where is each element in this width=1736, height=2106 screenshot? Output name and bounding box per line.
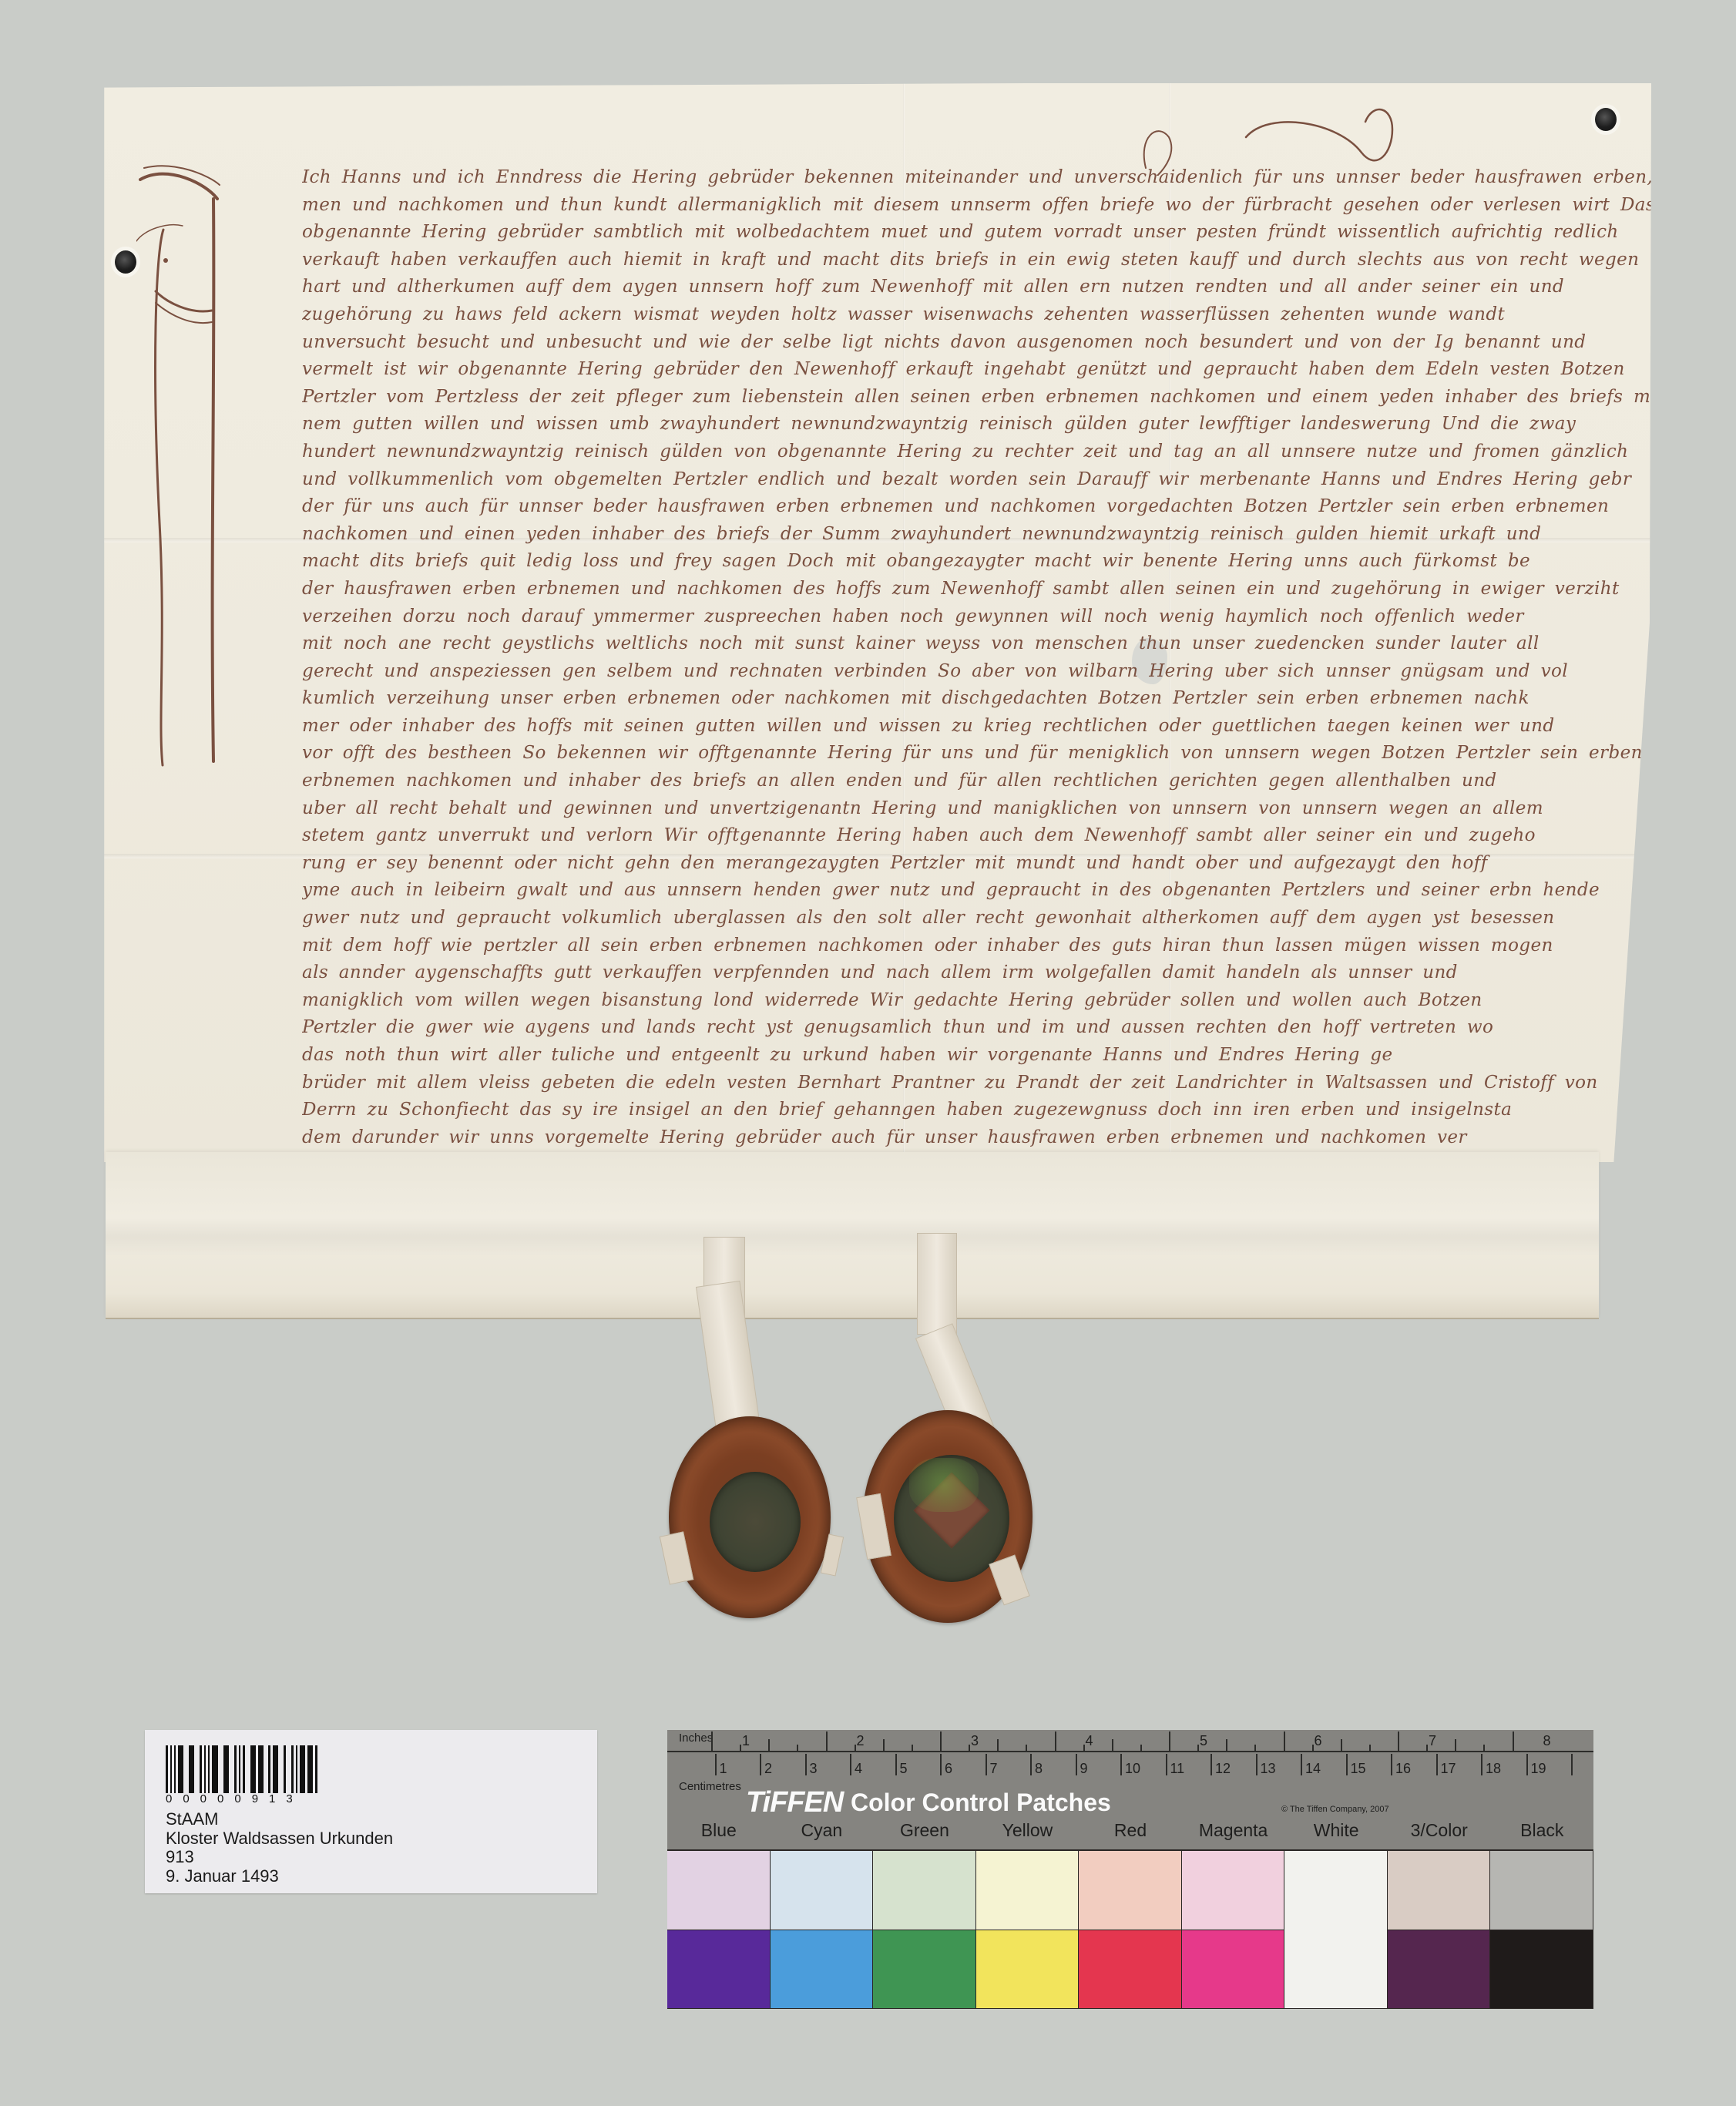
label-number: 913: [166, 1848, 393, 1867]
inch-tick: [1055, 1731, 1056, 1752]
cm-number: 19: [1531, 1761, 1546, 1777]
patch-label-magenta: Magenta: [1182, 1820, 1285, 1848]
cm-tick: [1526, 1754, 1528, 1775]
plica-shadow: [106, 1218, 1599, 1256]
patch-cyan-light: [771, 1851, 874, 1930]
inch-tick: [997, 1739, 999, 1752]
patch-red-light: [1079, 1851, 1182, 1930]
text-line: stetem gantz unverrukt und verlorn Wir o…: [302, 822, 1697, 850]
patch-magenta-dark: [1182, 1930, 1285, 2010]
cm-tick: [1256, 1754, 1258, 1775]
text-line: der hausfrawen erben erbnemen und nachko…: [302, 576, 1697, 603]
text-line: als annder aygenschaffts gutt verkauffen…: [302, 959, 1697, 987]
inch-tick: [883, 1739, 885, 1752]
patch-blue-light: [667, 1851, 771, 1930]
cm-tick: [986, 1754, 987, 1775]
text-line: Pertzler die gwer wie aygens und lands r…: [302, 1014, 1697, 1042]
patch-white-light: [1284, 1851, 1388, 2009]
text-line: yme auch in leibeirn gwalt und aus unnse…: [302, 877, 1697, 905]
patch-label-3color: 3/Color: [1388, 1820, 1491, 1848]
inch-tick: [768, 1739, 770, 1752]
cm-tick: [1391, 1754, 1392, 1775]
patch-label-black: Black: [1491, 1820, 1594, 1848]
inch-number: 8: [1543, 1733, 1551, 1749]
inch-tick: [855, 1745, 856, 1752]
inch-tick: [1369, 1745, 1371, 1752]
color-control-chart: Inches Centimetres 123456781234567891011…: [667, 1730, 1593, 2007]
text-line: rung er sey benennt oder nicht gehn den …: [302, 850, 1697, 878]
patch-3color-dark: [1388, 1930, 1491, 2010]
inch-tick: [1513, 1731, 1514, 1752]
inch-tick: [969, 1745, 970, 1752]
patch-blue-dark: [667, 1930, 771, 2010]
patch-label-green: Green: [873, 1820, 976, 1848]
chart-copyright: © The Tiffen Company, 2007: [1281, 1805, 1389, 1814]
inch-tick: [1426, 1745, 1428, 1752]
text-line: vor offt des bestheen So bekennen wir of…: [302, 740, 1697, 767]
inches-label: Inches: [679, 1731, 713, 1745]
cm-number: 1: [720, 1761, 727, 1777]
cm-tick: [805, 1754, 807, 1775]
patch-yellow-light: [976, 1851, 1080, 1930]
cm-tick: [1030, 1754, 1032, 1775]
inch-number: 4: [1086, 1733, 1093, 1749]
inch-tick: [940, 1731, 942, 1752]
inch-number: 5: [1200, 1733, 1207, 1749]
inch-tick: [912, 1745, 913, 1752]
inch-tick: [797, 1745, 798, 1752]
patch-magenta-light: [1182, 1851, 1285, 1930]
decorated-initial-icon: [136, 137, 221, 769]
cm-number: 5: [900, 1761, 908, 1777]
text-line: manigklich vom willen wegen bisanstung l…: [302, 987, 1697, 1015]
cm-tick: [940, 1754, 942, 1775]
charter-parchment: Ich Hanns und ich Enndress die Hering ge…: [90, 83, 1651, 1162]
punch-hole-right: [1595, 108, 1617, 131]
inch-tick: [711, 1731, 713, 1752]
cm-number: 12: [1215, 1761, 1231, 1777]
inch-tick: [1169, 1731, 1170, 1752]
barcode-icon: [166, 1745, 320, 1793]
text-line: das noth thun wirt aller tuliche und ent…: [302, 1042, 1697, 1070]
inch-number: 1: [742, 1733, 750, 1749]
patch-label-cyan: Cyan: [771, 1820, 874, 1848]
cm-number: 4: [855, 1761, 862, 1777]
patch-label-red: Red: [1079, 1820, 1182, 1848]
text-line: Derrn zu Schonfiecht das sy ire insigel …: [302, 1097, 1697, 1124]
cm-tick: [895, 1754, 897, 1775]
text-line: obgenannte Hering gebrüder sambtlich mit…: [302, 219, 1697, 247]
inch-tick: [1226, 1739, 1227, 1752]
inch-tick: [1284, 1731, 1285, 1752]
text-line: und vollkummenlich vom obgemelten Pertzl…: [302, 466, 1697, 494]
text-line: nachkomen und einen yeden inhaber des br…: [302, 521, 1697, 549]
inch-number: 6: [1315, 1733, 1322, 1749]
label-date: 9. Januar 1493: [166, 1867, 393, 1886]
patch-black-light: [1490, 1851, 1593, 1930]
text-line: vermelt ist wir obgenannte Hering gebrüd…: [302, 356, 1697, 384]
archive-label: 00000913 StAAM Kloster Waldsassen Urkund…: [145, 1730, 597, 1893]
patch-red-dark: [1079, 1930, 1182, 2010]
seal-strap-right: [917, 1233, 957, 1335]
punch-hole-left: [115, 250, 136, 274]
color-patches-grid: [667, 1849, 1593, 2009]
text-line: hundert newnundzwayntzig reinisch gülden…: [302, 438, 1697, 466]
text-line: gerecht und anspeziessen gen selbem und …: [302, 658, 1697, 686]
text-line: nem gutten willen und wissen umb zwayhun…: [302, 411, 1697, 438]
label-institution: StAAM: [166, 1810, 393, 1829]
cm-number: 11: [1170, 1761, 1185, 1777]
cm-tick: [1166, 1754, 1167, 1775]
barcode-number: 00000913: [166, 1792, 327, 1805]
ascender-flourish-icon: [992, 91, 1431, 176]
cm-tick: [850, 1754, 851, 1775]
charter-plica: [106, 1152, 1599, 1319]
wax-seal-left: [669, 1416, 831, 1618]
cm-number: 2: [764, 1761, 772, 1777]
cm-number: 3: [810, 1761, 818, 1777]
inch-tick: [1140, 1745, 1142, 1752]
cm-tick: [760, 1754, 761, 1775]
cm-tick: [1210, 1754, 1212, 1775]
inch-number: 7: [1429, 1733, 1436, 1749]
inch-tick: [1197, 1745, 1199, 1752]
seal-verdigris: [909, 1458, 979, 1512]
text-line: macht dits briefs quit ledig loss und fr…: [302, 548, 1697, 576]
text-line: men und nachkomen und thun kundt allerma…: [302, 192, 1697, 220]
text-line: hart und altherkumen auff dem aygen unns…: [302, 274, 1697, 301]
patch-green-dark: [873, 1930, 976, 2010]
text-line: mit noch ane recht geystlichs weltlichs …: [302, 630, 1697, 658]
cm-tick: [1076, 1754, 1077, 1775]
cm-tick: [1436, 1754, 1438, 1775]
text-line: der für uns auch für unnser beder hausfr…: [302, 493, 1697, 521]
inch-tick: [1398, 1731, 1399, 1752]
patch-green-light: [873, 1851, 976, 1930]
charter-text: Ich Hanns und ich Enndress die Hering ge…: [302, 164, 1697, 1207]
text-line: erbnemen nachkomen und inhaber des brief…: [302, 767, 1697, 795]
cm-number: 15: [1351, 1761, 1366, 1777]
seal-impression: [710, 1472, 801, 1572]
inch-tick: [1312, 1745, 1314, 1752]
tiffen-logo: TiFFEN: [746, 1786, 843, 1819]
inch-tick: [826, 1731, 828, 1752]
cm-tick: [1301, 1754, 1302, 1775]
patch-label-blue: Blue: [667, 1820, 771, 1848]
inch-tick: [1483, 1745, 1485, 1752]
centimetres-label: Centimetres: [679, 1780, 741, 1793]
cm-number: 18: [1486, 1761, 1501, 1777]
cm-number: 8: [1035, 1761, 1043, 1777]
patch-3color-light: [1388, 1851, 1491, 1930]
text-line: Pertzler vom Pertzless der zeit pfleger …: [302, 384, 1697, 411]
text-line: zugehörung zu haws feld ackern wismat we…: [302, 301, 1697, 329]
cm-number: 9: [1080, 1761, 1088, 1777]
inch-tick: [1083, 1745, 1085, 1752]
text-line: verzeihen dorzu noch darauf ymmermer zus…: [302, 603, 1697, 631]
cm-tick: [1120, 1754, 1122, 1775]
cm-number: 7: [990, 1761, 998, 1777]
text-line: mit dem hoff wie pertzler all sein erben…: [302, 932, 1697, 960]
cm-tick: [1571, 1754, 1573, 1775]
inch-tick: [740, 1745, 741, 1752]
inch-tick: [1341, 1739, 1342, 1752]
patch-labels: Blue Cyan Green Yellow Red Magenta White…: [667, 1820, 1593, 1848]
inch-tick: [1112, 1739, 1113, 1752]
text-line: uber all recht behalt und gewinnen und u…: [302, 795, 1697, 823]
cm-number: 6: [945, 1761, 952, 1777]
cm-number: 14: [1305, 1761, 1321, 1777]
cm-number: 13: [1261, 1761, 1276, 1777]
cm-tick: [1481, 1754, 1482, 1775]
inch-tick: [1455, 1739, 1456, 1752]
patch-black-dark: [1490, 1930, 1593, 2010]
text-line: verkauft haben verkauffen auch hiemit in…: [302, 247, 1697, 274]
cm-tick: [715, 1754, 717, 1775]
inch-number: 3: [971, 1733, 979, 1749]
patch-cyan-dark: [771, 1930, 874, 2010]
cm-number: 17: [1441, 1761, 1456, 1777]
text-line: unversucht besucht und unbesucht und wie…: [302, 329, 1697, 357]
inch-number: 2: [857, 1733, 865, 1749]
text-line: mer oder inhaber des hoffs mit seinen gu…: [302, 713, 1697, 741]
label-collection: Kloster Waldsassen Urkunden: [166, 1829, 393, 1849]
text-line: gwer nutz und gepraucht volkumlich uberg…: [302, 905, 1697, 932]
patch-label-white: White: [1284, 1820, 1388, 1848]
text-line: dem darunder wir unns vorgemelte Hering …: [302, 1124, 1697, 1152]
text-line: Ich Hanns und ich Enndress die Hering ge…: [302, 164, 1697, 192]
cm-number: 16: [1395, 1761, 1411, 1777]
inch-tick: [1254, 1745, 1256, 1752]
inch-tick: [1026, 1745, 1027, 1752]
chart-title: Color Control Patches: [851, 1789, 1111, 1817]
text-line: kumlich verzeihung unser erben erbnemen …: [302, 685, 1697, 713]
cm-number: 10: [1125, 1761, 1140, 1777]
text-line: brüder mit allem vleiss gebeten die edel…: [302, 1070, 1697, 1097]
patch-yellow-dark: [976, 1930, 1080, 2010]
patch-label-yellow: Yellow: [976, 1820, 1080, 1848]
cm-tick: [1346, 1754, 1348, 1775]
